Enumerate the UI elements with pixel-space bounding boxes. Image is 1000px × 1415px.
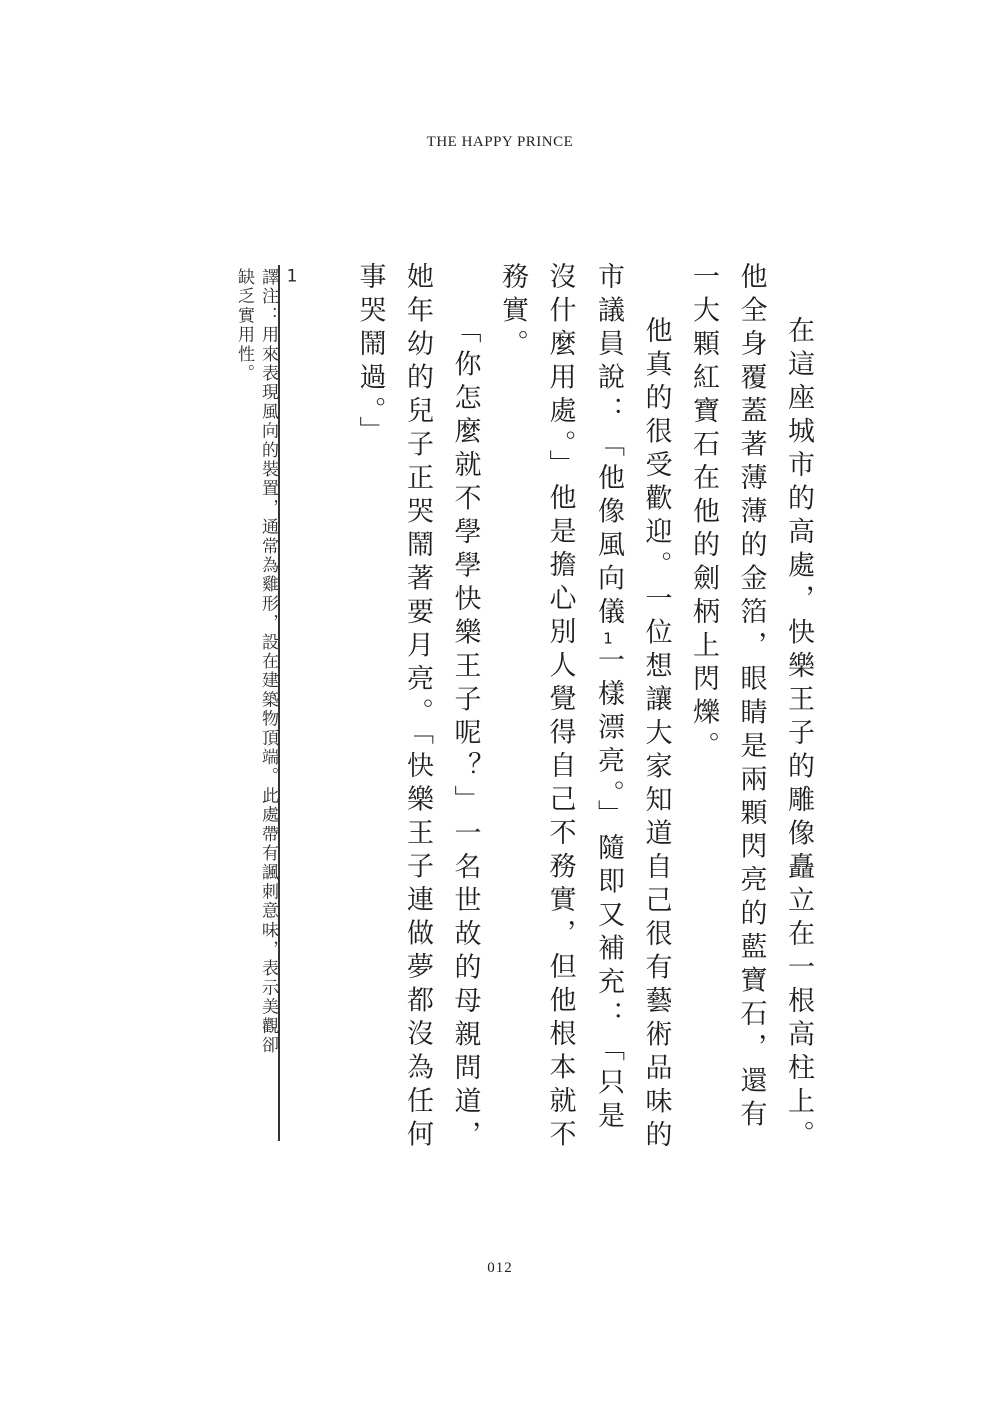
paragraph-1: 在這座城市的高處，快樂王子的雕像矗立在一根高柱上。他全身覆蓋著薄薄的金箔，眼睛是… bbox=[680, 262, 823, 1162]
paragraph-2-quote-start: 「他像風向儀 bbox=[593, 430, 624, 631]
paragraph-3: 「你怎麼就不學學快樂王子呢？」一名世故的母親問道，她年幼的兒子正哭鬧著要月亮。「… bbox=[346, 262, 489, 1162]
page-number: 012 bbox=[0, 1260, 1000, 1277]
paragraph-2: 他真的很受歡迎。一位想讓大家知道自己很有藝術品味的市議員說：「他像風向儀1一樣漂… bbox=[489, 262, 680, 1162]
footnote-reference[interactable]: 1 bbox=[599, 631, 617, 646]
running-title: THE HAPPY PRINCE bbox=[0, 134, 1000, 151]
body-text: 在這座城市的高處，快樂王子的雕像矗立在一根高柱上。他全身覆蓋著薄薄的金箔，眼睛是… bbox=[346, 262, 822, 1162]
footnote-number: 1 bbox=[280, 268, 304, 285]
footnote-text: 譯注：用來表現風向的裝置，通常為雞形，設在建築物頂端。此處帶有諷刺意味，表示美觀… bbox=[234, 268, 278, 1055]
footnote: 1 譯注：用來表現風向的裝置，通常為雞形，設在建築物頂端。此處帶有諷刺意味，表示… bbox=[232, 268, 304, 1068]
